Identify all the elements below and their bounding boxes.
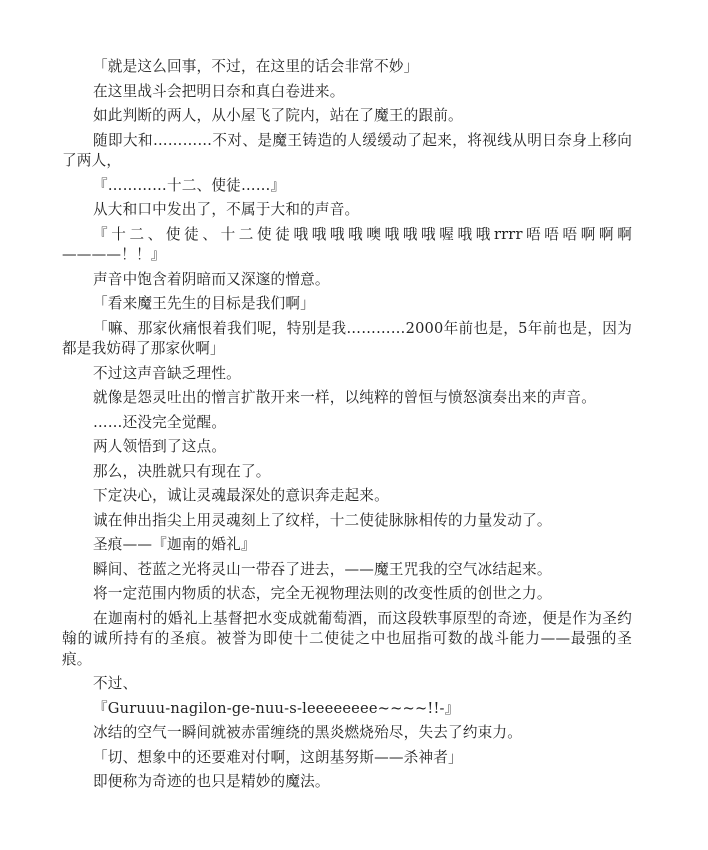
paragraph: 从大和口中发出了，不属于大和的声音。 <box>62 200 632 221</box>
paragraph: 不过、 <box>62 674 632 695</box>
paragraph: 随即大和…………不对、是魔王铸造的人缓缓动了起来，将视线从明日奈身上移向了两人， <box>62 131 632 172</box>
paragraph: 圣痕——『迦南的婚礼』 <box>62 535 632 556</box>
paragraph: 在这里战斗会把明日奈和真白卷进来。 <box>62 82 632 103</box>
paragraph: 瞬间、苍蓝之光将灵山一带吞了进去，——魔王咒我的空气冰结起来。 <box>62 560 632 581</box>
paragraph: 在迦南村的婚礼上基督把水变成就葡萄酒，而这段轶事原型的奇迹，便是作为圣约翰的诚所… <box>62 609 632 671</box>
paragraph: 声音中饱含着阴暗而又深邃的憎意。 <box>62 270 632 291</box>
paragraph: 冰结的空气一瞬间就被赤雷缠绕的黑炎燃烧殆尽，失去了约束力。 <box>62 723 632 744</box>
paragraph: 将一定范围内物质的状态，完全无视物理法则的改变性质的创世之力。 <box>62 584 632 605</box>
paragraph: 如此判断的两人，从小屋飞了院内，站在了魔王的跟前。 <box>62 106 632 127</box>
paragraph: 「就是这么回事，不过，在这里的话会非常不妙」 <box>62 57 632 78</box>
document-page: 「就是这么回事，不过，在这里的话会非常不妙」 在这里战斗会把明日奈和真白卷进来。… <box>62 57 632 797</box>
paragraph: ……还没完全觉醒。 <box>62 413 632 434</box>
paragraph: 下定决心，诚让灵魂最深处的意识奔走起来。 <box>62 486 632 507</box>
paragraph: 即便称为奇迹的也只是精妙的魔法。 <box>62 772 632 793</box>
paragraph: 诚在伸出指尖上用灵魂刻上了纹样，十二使徒脉脉相传的力量发动了。 <box>62 511 632 532</box>
paragraph: 『Guruuu-nagilon-ge-nuu-s-leeeeeeee~~~~!!… <box>62 699 632 720</box>
paragraph: 不过这声音缺乏理性。 <box>62 364 632 385</box>
paragraph: 那么，决胜就只有现在了。 <box>62 462 632 483</box>
paragraph: 「看来魔王先生的目标是我们啊」 <box>62 294 632 315</box>
paragraph: 就像是怨灵吐出的憎言扩散开来一样，以纯粹的曾恒与愤怒演奏出来的声音。 <box>62 388 632 409</box>
paragraph: 「嘛、那家伙痛恨着我们呢，特别是我…………2000年前也是，5年前也是，因为都是… <box>62 319 632 360</box>
paragraph: 『…………十二、使徒……』 <box>62 176 632 197</box>
paragraph: 『十二、使徒、十二使徒哦哦哦哦噢哦哦哦喔哦哦rrrr唔唔唔啊啊啊————！！』 <box>62 225 632 266</box>
paragraph: 两人领悟到了这点。 <box>62 437 632 458</box>
paragraph: 「切、想象中的还要难对付啊，这朗基努斯——杀神者」 <box>62 748 632 769</box>
